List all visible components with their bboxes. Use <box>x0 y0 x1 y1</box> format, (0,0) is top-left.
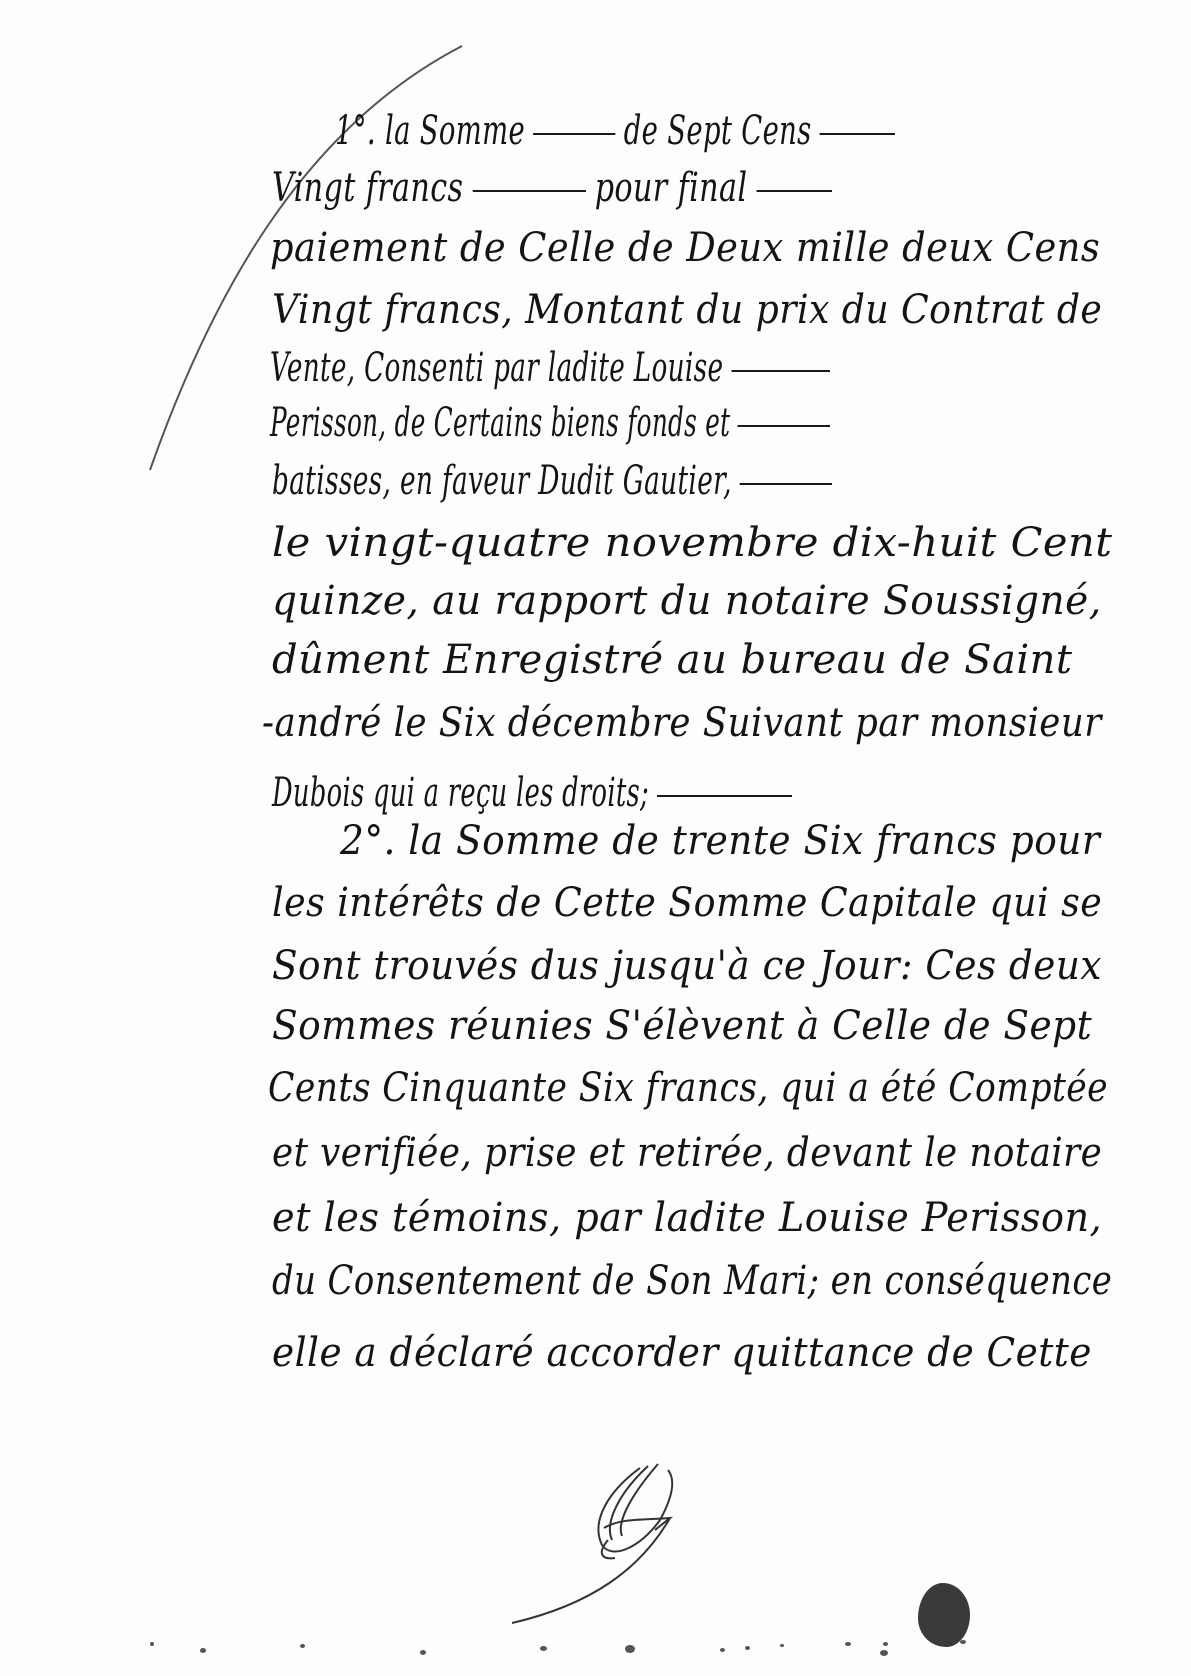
signature-paraph-icon <box>0 0 1191 1676</box>
manuscript-page: 1°. la Sommede Sept CensVingt francspour… <box>0 0 1191 1676</box>
bottom-edge-specks <box>0 1640 1191 1676</box>
ink-blot <box>918 1583 970 1647</box>
